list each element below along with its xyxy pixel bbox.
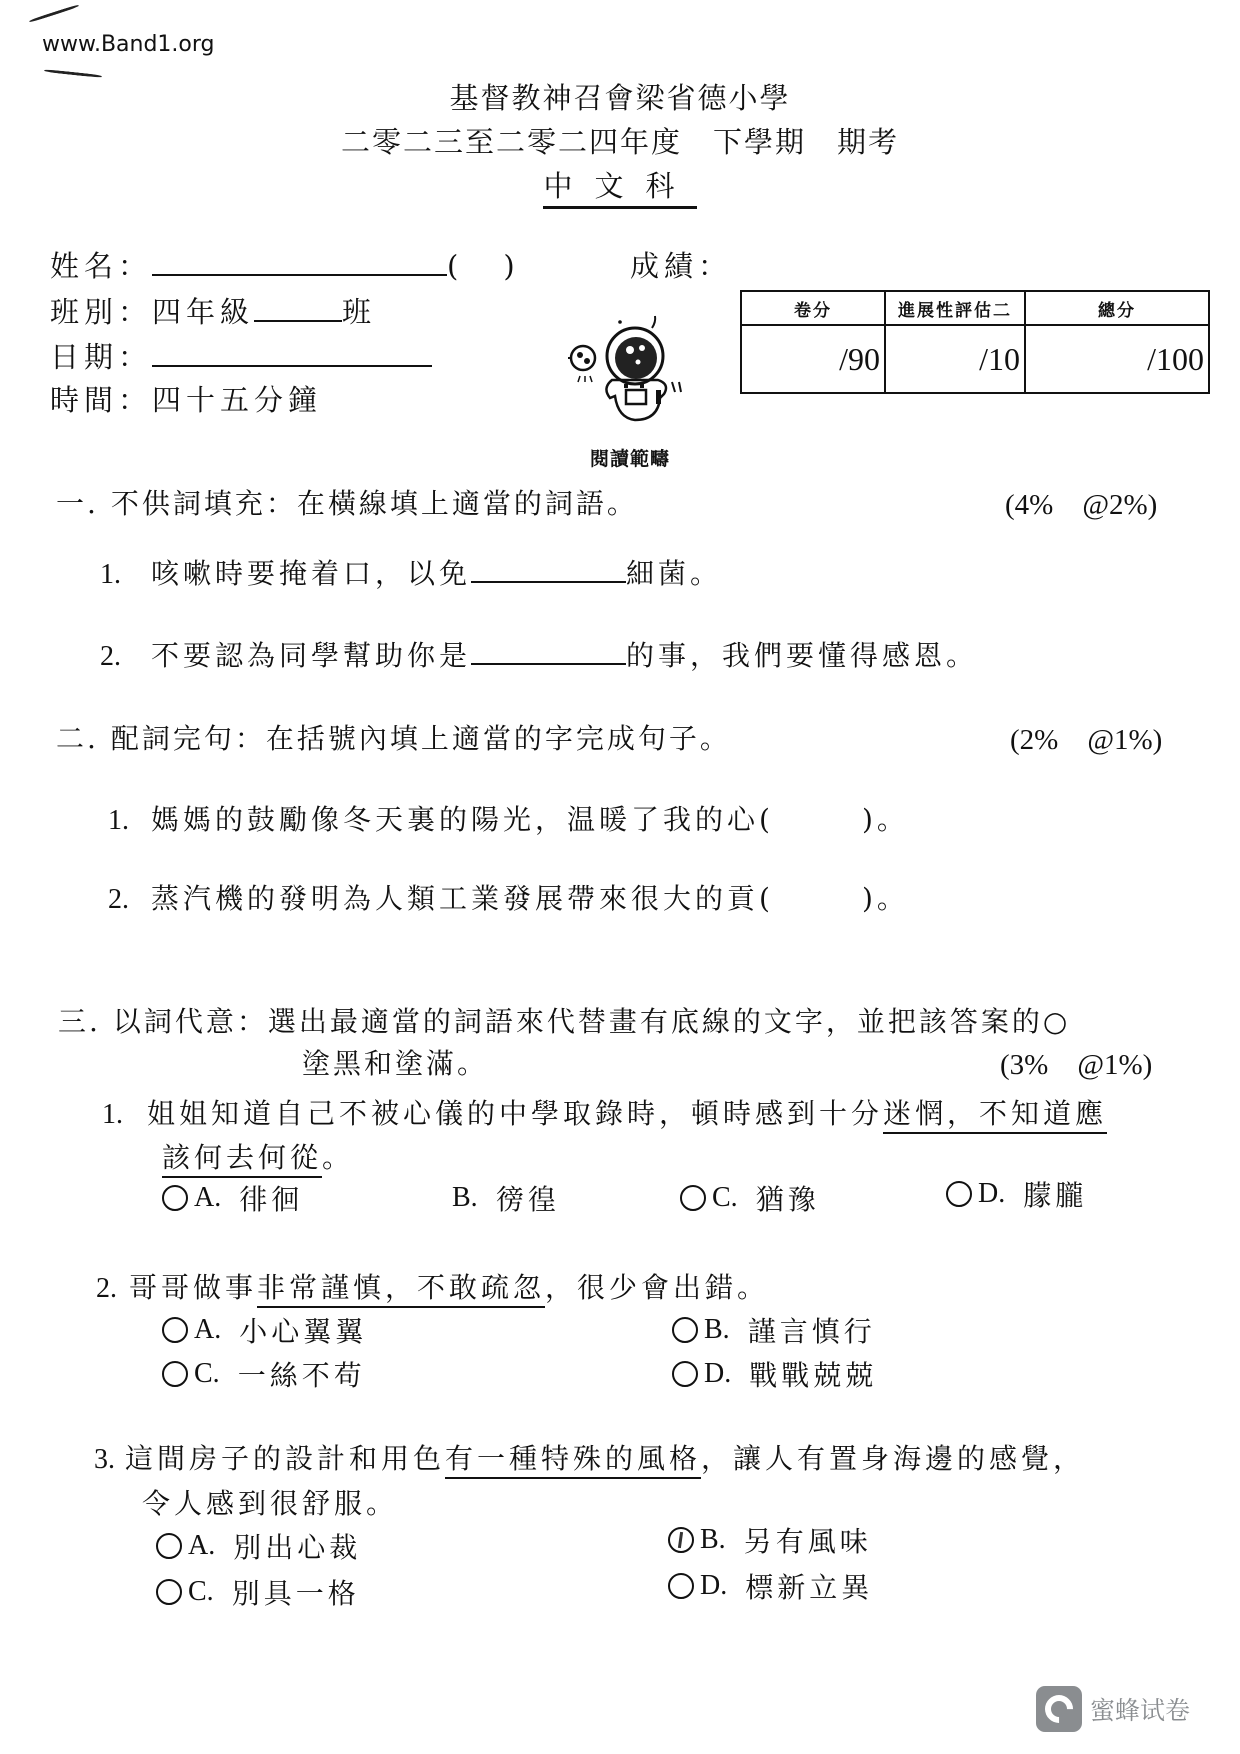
option-text: 謹言慎行 xyxy=(748,1310,876,1350)
score-value-paper[interactable]: /90 xyxy=(741,325,885,393)
score-value-assessment[interactable]: /10 xyxy=(885,325,1025,393)
question-text: 咳嗽時要掩着口，以免 xyxy=(151,557,471,590)
option-letter: D. xyxy=(978,1178,1005,1210)
s3-q3-option-c[interactable]: C.別具一格 xyxy=(156,1572,360,1612)
score-header-paper: 卷分 xyxy=(741,291,885,325)
answer-bubble[interactable] xyxy=(156,1579,182,1605)
question-number: 1. xyxy=(102,1099,123,1130)
question-number: 1. xyxy=(108,805,129,836)
option-letter: A. xyxy=(194,1182,221,1214)
section-3-number: 三. xyxy=(58,1005,101,1038)
class-label: 班別： xyxy=(50,295,152,329)
option-text: 小心翼翼 xyxy=(239,1310,367,1350)
section-2-number: 二. xyxy=(56,722,99,755)
s3-question-2: 2.哥哥做事非常謹慎，不敢疏忽，很少會出錯。 xyxy=(96,1266,769,1306)
question-number: 3. xyxy=(94,1444,115,1475)
watermark-url[interactable]: www.Band1.org xyxy=(42,32,215,57)
section-3-header: 三. 以詞代意：選出最適當的詞語來代替畫有底線的文字，並把該答案的○ xyxy=(58,1000,1070,1040)
answer-blank[interactable] xyxy=(471,580,626,583)
subject-title: 中文科 xyxy=(543,169,696,209)
section-2-marks: (2% @1%) xyxy=(1010,717,1162,758)
name-label: 姓名： xyxy=(50,249,152,283)
s3-question-1-line2: 該何去何從。 xyxy=(162,1136,354,1176)
option-letter: C. xyxy=(188,1576,214,1608)
question-number: 2. xyxy=(96,1273,117,1304)
section-3-marks: (3% @1%) xyxy=(1000,1042,1152,1083)
watermark-logo: 蜜蜂试卷 xyxy=(1036,1686,1190,1732)
s1-question-1: 1.咳嗽時要掩着口，以免細菌。 xyxy=(100,552,722,592)
class-suffix: 班 xyxy=(342,295,376,329)
time-row: 時間：四十五分鐘 xyxy=(50,378,322,419)
underlined-phrase: 迷惘，不知道應 xyxy=(883,1097,1107,1134)
s3-q2-option-c[interactable]: C.一絲不苟 xyxy=(162,1354,366,1394)
question-text: 細菌。 xyxy=(626,557,722,590)
section-1-title: 不供詞填充：在橫線填上適當的詞語。 xyxy=(111,487,638,520)
s3-q1-option-d[interactable]: D.朦朧 xyxy=(946,1174,1087,1214)
name-row: 姓名：() xyxy=(50,244,520,285)
answer-bubble[interactable] xyxy=(156,1533,182,1559)
option-text: 朦朧 xyxy=(1023,1174,1087,1214)
s3-question-3: 3.這間房子的設計和用色有一種特殊的風格，讓人有置身海邊的感覺， xyxy=(94,1437,1085,1477)
score-value-total[interactable]: /100 xyxy=(1025,325,1209,393)
paren-close: ) xyxy=(862,803,877,836)
s3-q2-option-b[interactable]: B.謹言慎行 xyxy=(672,1310,876,1350)
question-text: 媽媽的鼓勵像冬天裏的陽光，温暖了我的心 xyxy=(151,803,759,836)
s2-question-1: 1.媽媽的鼓勵像冬天裏的陽光，温暖了我的心()。 xyxy=(108,798,909,838)
option-text: 另有風味 xyxy=(744,1520,872,1560)
underlined-phrase: 非常謹慎，不敢疏忽 xyxy=(257,1271,545,1308)
grade-text: 四年級 xyxy=(152,295,254,329)
s3-question-3-line2: 令人感到很舒服。 xyxy=(142,1482,398,1522)
option-letter: D. xyxy=(704,1358,731,1390)
s3-question-1: 1.姐姐知道自己不被心儀的中學取錄時，頓時感到十分迷惘，不知道應 xyxy=(102,1092,1107,1132)
date-label: 日期： xyxy=(50,340,152,374)
question-text: 哥哥做事 xyxy=(129,1271,257,1304)
score-header-assessment: 進展性評估二 xyxy=(885,291,1025,325)
question-text: 的事，我們要懂得感恩。 xyxy=(626,639,978,672)
answer-bubble[interactable] xyxy=(162,1317,188,1343)
bee-logo-icon xyxy=(1036,1686,1082,1732)
option-text: 別出心裁 xyxy=(233,1526,361,1566)
s3-q3-option-d[interactable]: D.標新立異 xyxy=(668,1566,873,1606)
time-value: 四十五分鐘 xyxy=(152,383,322,417)
s3-q3-option-a[interactable]: A.別出心裁 xyxy=(156,1526,361,1566)
watermark-logo-text: 蜜蜂试卷 xyxy=(1090,1696,1190,1725)
question-text: 姐姐知道自己不被心儀的中學取錄時，頓時感到十分 xyxy=(147,1097,883,1130)
option-text: 別具一格 xyxy=(232,1572,360,1612)
option-letter: B. xyxy=(452,1182,478,1214)
pen-scribble xyxy=(29,4,79,23)
section-1-marks: (4% @2%) xyxy=(1005,482,1157,523)
class-number-paren-open: ( xyxy=(447,249,463,283)
answer-blank[interactable] xyxy=(471,662,626,665)
option-text: 一絲不苟 xyxy=(238,1354,366,1394)
question-text: 蒸汽機的發明為人類工業發展帶來很大的貢 xyxy=(151,882,759,915)
date-row: 日期： xyxy=(50,335,432,376)
illustration-caption: 閱讀範疇 xyxy=(590,444,670,471)
option-text: 標新立異 xyxy=(745,1566,873,1606)
section-2-header: 二. 配詞完句：在括號內填上適當的字完成句子。 xyxy=(56,717,731,757)
question-number: 2. xyxy=(108,884,129,915)
s2-question-2: 2.蒸汽機的發明為人類工業發展帶來很大的貢()。 xyxy=(108,877,909,917)
answer-bubble[interactable] xyxy=(420,1185,446,1211)
option-letter: D. xyxy=(700,1570,727,1602)
answer-bubble-marked[interactable] xyxy=(668,1527,694,1553)
underlined-phrase: 有一種特殊的風格 xyxy=(445,1442,701,1479)
underlined-phrase: 該何去何從 xyxy=(162,1141,322,1178)
section-3-title: 以詞代意：選出最適當的詞語來代替畫有底線的文字，並把該答案的○ xyxy=(113,1005,1070,1038)
paren-open: ( xyxy=(759,882,774,915)
class-field[interactable] xyxy=(254,319,342,322)
option-letter: B. xyxy=(700,1524,726,1556)
section-2-title: 配詞完句：在括號內填上適當的字完成句子。 xyxy=(111,722,731,755)
section-1-number: 一. xyxy=(56,487,99,520)
option-letter: C. xyxy=(194,1358,220,1390)
answer-bubble[interactable] xyxy=(672,1361,698,1387)
date-field[interactable] xyxy=(152,364,432,367)
score-table: 卷分 進展性評估二 總分 /90 /10 /100 xyxy=(740,290,1210,394)
school-name: 基督教神召會梁省德小學 xyxy=(0,76,1240,117)
option-text: 猶豫 xyxy=(756,1178,820,1218)
s3-q1-option-b[interactable]: B.徬徨 xyxy=(420,1178,560,1218)
question-text: ，很少會出錯。 xyxy=(545,1271,769,1304)
option-letter: B. xyxy=(704,1314,730,1346)
s1-question-2: 2.不要認為同學幫助你是的事，我們要懂得感恩。 xyxy=(100,634,978,674)
option-text: 徘徊 xyxy=(239,1178,303,1218)
answer-bubble[interactable] xyxy=(672,1317,698,1343)
question-text: 不要認為同學幫助你是 xyxy=(151,639,471,672)
question-number: 2. xyxy=(100,641,121,672)
option-letter: C. xyxy=(712,1182,738,1214)
answer-bubble[interactable] xyxy=(946,1181,972,1207)
section-3-title-line2: 塗黑和塗滿。 xyxy=(302,1042,488,1082)
s3-q2-option-d[interactable]: D.戰戰兢兢 xyxy=(672,1354,877,1394)
question-text: 。 xyxy=(877,803,909,836)
paren-close: ) xyxy=(862,882,877,915)
question-number: 1. xyxy=(100,559,121,590)
time-label: 時間： xyxy=(50,383,152,417)
s3-q3-option-b[interactable]: B.另有風味 xyxy=(668,1520,872,1560)
score-label: 成績： xyxy=(630,244,732,285)
s3-q2-option-a[interactable]: A.小心翼翼 xyxy=(162,1310,367,1350)
answer-bubble[interactable] xyxy=(668,1573,694,1599)
paren-open: ( xyxy=(759,803,774,836)
answer-bubble[interactable] xyxy=(162,1185,188,1211)
s3-q1-option-c[interactable]: C.猶豫 xyxy=(680,1178,820,1218)
subject-wrap: 中文科 xyxy=(0,164,1240,205)
exam-term: 二零二三至二零二四年度 下學期 期考 xyxy=(0,120,1240,161)
option-letter: A. xyxy=(188,1530,215,1562)
option-text: 戰戰兢兢 xyxy=(749,1354,877,1394)
class-number-paren-close: ) xyxy=(503,249,519,283)
section-1-header: 一. 不供詞填充：在橫線填上適當的詞語。 xyxy=(56,482,638,522)
answer-bubble[interactable] xyxy=(162,1361,188,1387)
option-text: 徬徨 xyxy=(496,1178,560,1218)
score-header-total: 總分 xyxy=(1025,291,1209,325)
s3-q1-option-a[interactable]: A.徘徊 xyxy=(162,1178,303,1218)
class-row: 班別：四年級班 xyxy=(50,290,376,331)
answer-bubble[interactable] xyxy=(680,1185,706,1211)
question-text: 這間房子的設計和用色 xyxy=(125,1442,445,1475)
astronaut-icon xyxy=(560,308,690,433)
question-text: 。 xyxy=(322,1141,354,1174)
option-letter: A. xyxy=(194,1314,221,1346)
name-field[interactable] xyxy=(152,273,447,276)
question-text: ，讓人有置身海邊的感覺， xyxy=(701,1442,1085,1475)
question-text: 。 xyxy=(877,882,909,915)
